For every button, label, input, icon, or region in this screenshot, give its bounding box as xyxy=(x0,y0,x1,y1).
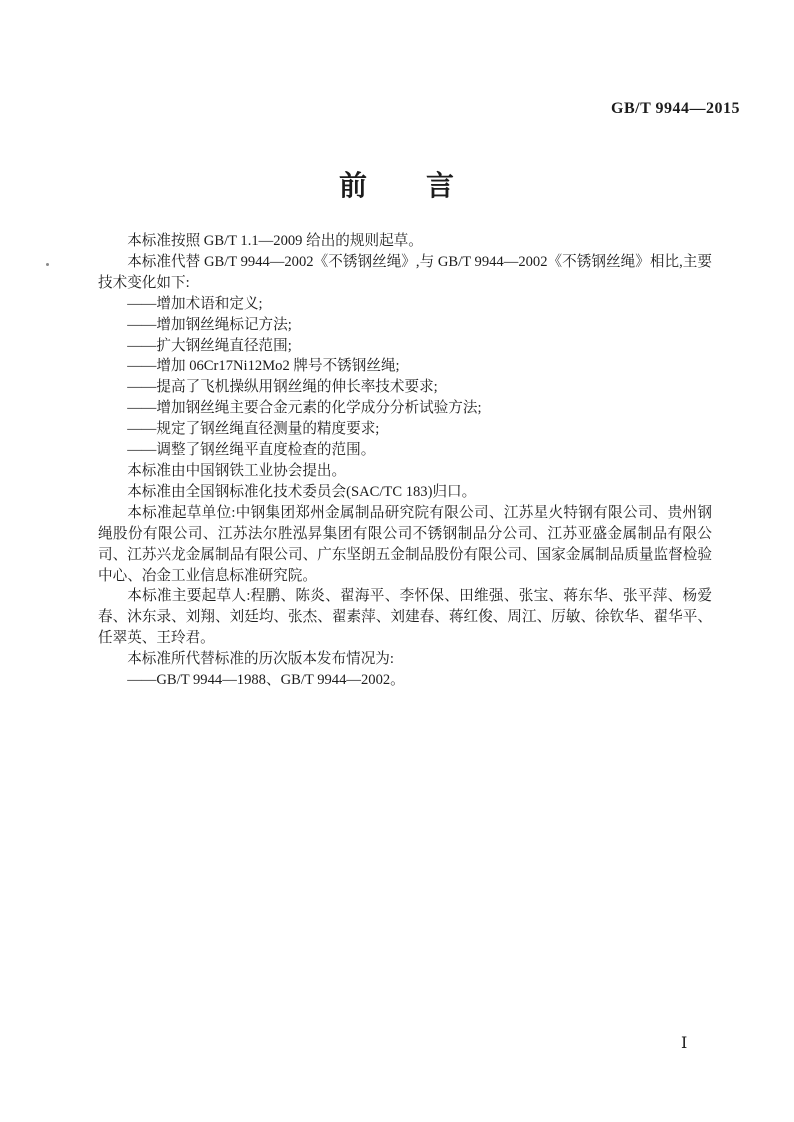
foreword-paragraph: 本标准主要起草人:程鹏、陈炎、翟海平、李怀保、田维强、张宝、蒋东华、张平萍、杨爱… xyxy=(98,586,712,649)
foreword-paragraph: 本标准按照 GB/T 1.1—2009 给出的规则起草。 xyxy=(98,231,712,252)
change-list-item: ——增加 06Cr17Ni12Mo2 牌号不锈钢丝绳; xyxy=(98,356,712,377)
foreword-paragraph: 本标准由全国钢标准化技术委员会(SAC/TC 183)归口。 xyxy=(98,482,712,503)
change-list-item: ——调整了钢丝绳平直度检查的范围。 xyxy=(98,440,712,461)
change-list-item: ——提高了飞机操纵用钢丝绳的伸长率技术要求; xyxy=(98,377,712,398)
change-list-item: ——增加钢丝绳主要合金元素的化学成分分析试验方法; xyxy=(98,398,712,419)
page-number: Ⅰ xyxy=(681,1033,687,1053)
scan-speck xyxy=(46,263,49,266)
document-page: GB/T 9944—2015 前 言 本标准按照 GB/T 1.1—2009 给… xyxy=(0,0,794,1122)
change-list-item: ——增加术语和定义; xyxy=(98,294,712,315)
change-list-item: ——扩大钢丝绳直径范围; xyxy=(98,336,712,357)
page-title: 前 言 xyxy=(0,164,794,204)
foreword-paragraph: 本标准由中国钢铁工业协会提出。 xyxy=(98,461,712,482)
foreword-body: 本标准按照 GB/T 1.1—2009 给出的规则起草。 本标准代替 GB/T … xyxy=(98,231,712,691)
version-list-item: ——GB/T 9944—1988、GB/T 9944—2002。 xyxy=(98,670,712,691)
foreword-paragraph: 本标准所代替标准的历次版本发布情况为: xyxy=(98,649,712,670)
foreword-paragraph: 本标准代替 GB/T 9944—2002《不锈钢丝绳》,与 GB/T 9944—… xyxy=(98,252,712,294)
change-list-item: ——增加钢丝绳标记方法; xyxy=(98,315,712,336)
foreword-paragraph: 本标准起草单位:中钢集团郑州金属制品研究院有限公司、江苏星火特钢有限公司、贵州钢… xyxy=(98,503,712,587)
standard-code: GB/T 9944—2015 xyxy=(611,100,740,118)
change-list-item: ——规定了钢丝绳直径测量的精度要求; xyxy=(98,419,712,440)
